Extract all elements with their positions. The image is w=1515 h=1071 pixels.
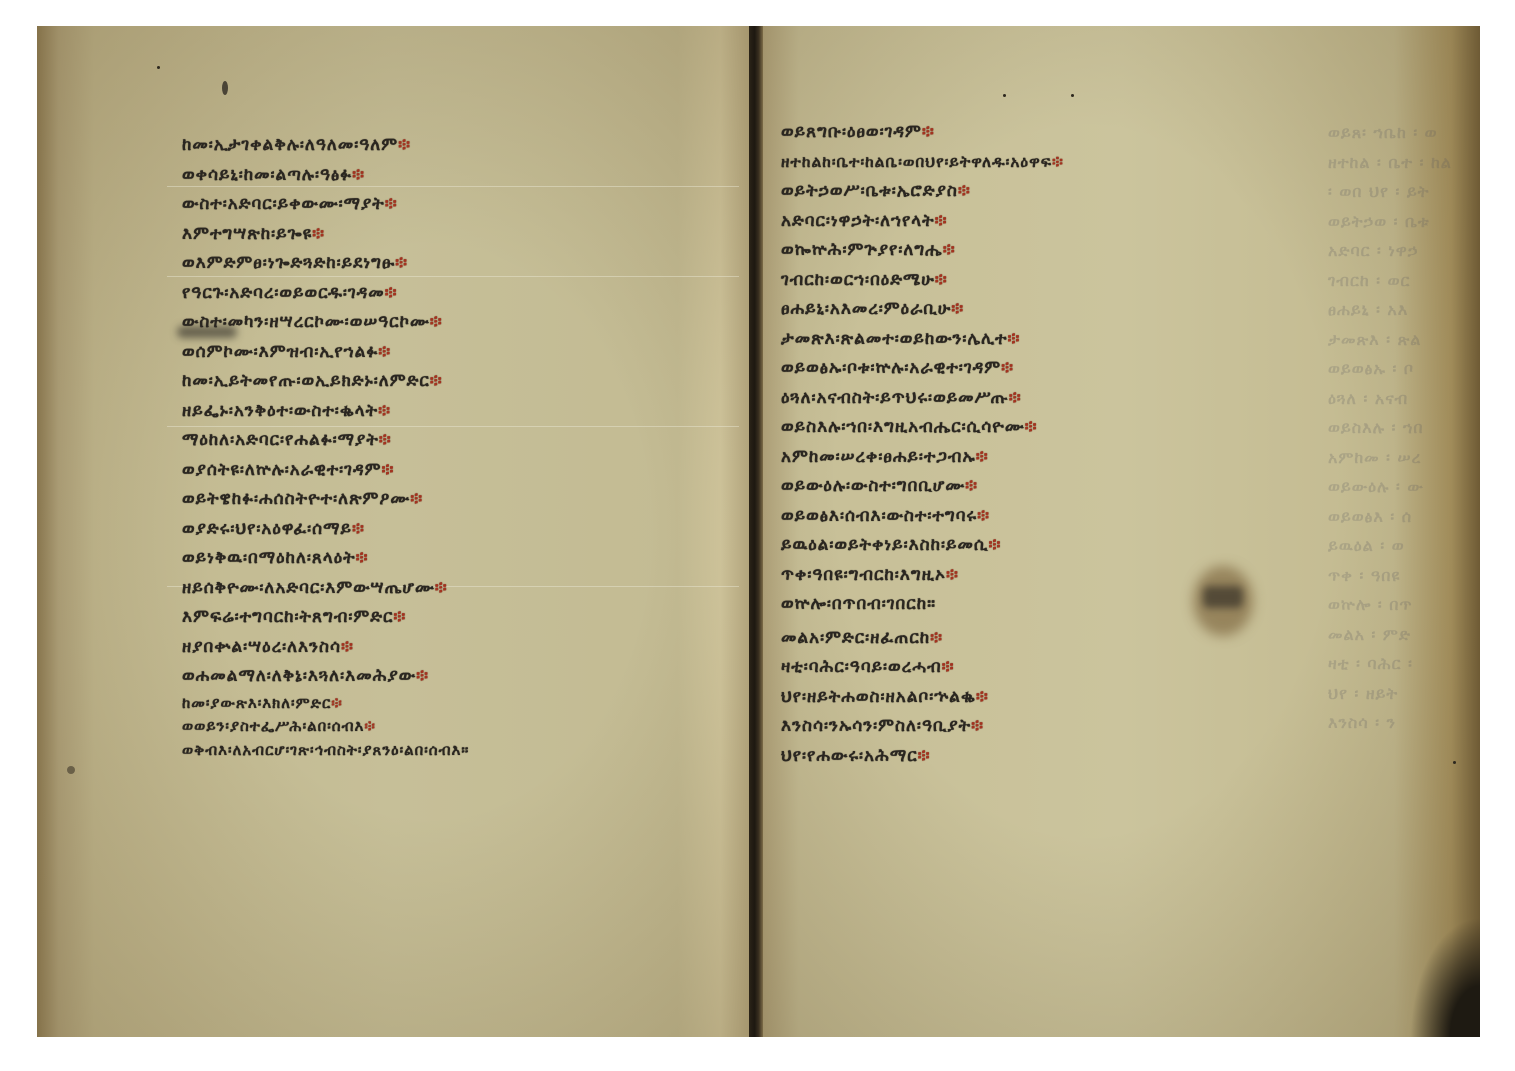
rubric-mark: ፨: [1009, 388, 1022, 408]
text-line: ዘያበቍል፡ሣዕረ፡ለእንስሳ፨: [182, 633, 469, 663]
rubric-mark: ፨: [398, 135, 411, 155]
corner-shadow: [1410, 917, 1480, 1037]
text-line: አድባር፡ነዋኃት፡ለኀየላት፨: [781, 207, 1064, 237]
rubric-mark: ፨: [1001, 358, 1014, 378]
text-line: ወያድሩ፡ህየ፡አዕዋፈ፡ሰማይ፨: [182, 515, 469, 545]
text-line: ወይወፅእ፡ሰብእ፡ውስተ፡ተግባሩ፨: [781, 502, 1064, 532]
text-line: ዘይሰቅዮሙ፡ለአድባር፡እምውሣጤሆሙ፨: [182, 574, 469, 604]
rubric-mark: ፨: [364, 717, 376, 735]
manuscript-scan: ከመ፡ኢታገቀልቅሉ፡ለዓለመ፡ዓለም፨ ወቀሳይኒ፡ከመ፡ልጣሉ፡ዓፅፉ፨ ው…: [37, 26, 1480, 1037]
right-page: ወይጸ፡ ኀቤከ ፡ ወዘተከል ፡ ቤተ ፡ ከል፡ ወበ ህየ ፡ ይትወይ…: [763, 26, 1480, 1037]
show-through-text: ወይጸ፡ ኀቤከ ፡ ወዘተከል ፡ ቤተ ፡ ከል፡ ወበ ህየ ፡ ይትወይ…: [1328, 118, 1452, 738]
text-line: ወይጸግቡ፡ዕፀወ፡ገዳም፨: [781, 118, 1064, 148]
rubric-mark: ፨: [410, 489, 423, 509]
end-mark: ።: [927, 594, 936, 614]
rubric-mark: ፨: [385, 194, 398, 214]
text-line: ወይውዕሉ፡ውስተ፡ግበቢሆሙ፨: [781, 472, 1064, 502]
left-text-block: ከመ፡ኢታገቀልቅሉ፡ለዓለመ፡ዓለም፨ ወቀሳይኒ፡ከመ፡ልጣሉ፡ዓፅፉ፨ ው…: [182, 131, 469, 762]
rubric-mark: ፨: [976, 447, 989, 467]
text-line: ወኵሎ፡በጥበብ፡ገበርከ።: [781, 590, 1064, 620]
left-page: ከመ፡ኢታገቀልቅሉ፡ለዓለመ፡ዓለም፨ ወቀሳይኒ፡ከመ፡ልጣሉ፡ዓፅፉ፨ ው…: [37, 26, 749, 1037]
text-line: ህየ፡ዘይትሐወስ፡ዘአልቦ፡ኍልቈ፨: [781, 683, 1064, 713]
text-line: ወሰምኮሙ፡እምዝብ፡ኢየኀልፉ፨: [182, 338, 469, 368]
text-line: ወቅብእ፡ለአብርሆ፡ገጽ፡ኅብስት፡ያጸንዕ፡ልበ፡ሰብእ።: [182, 738, 469, 762]
text-line: ወይስእሉ፡ኀበ፡እግዚአብሔር፡ሲሳዮሙ፨: [781, 413, 1064, 443]
rubric-mark: ፨: [331, 694, 343, 712]
text-line: ይዉዕል፡ወይትቀነይ፡እስከ፡ይመሲ፨: [781, 531, 1064, 561]
rubric-mark: ፨: [989, 535, 1002, 555]
rubric-mark: ፨: [379, 430, 392, 450]
text-line: ወእምድምፀ፡ነጐድጓድከ፡ይደነግፁ፨: [182, 249, 469, 279]
text-line: ውስተ፡አድባር፡ይቀውሙ፡ማያት፨: [182, 190, 469, 220]
text-line: ጥቀ፡ዓበዩ፡ግብርከ፡እግዚኦ፨: [781, 561, 1064, 591]
text-line: ገብርከ፡ወርኀ፡በዕድሜሁ፨: [781, 266, 1064, 296]
rubric-mark: ፨: [381, 460, 394, 480]
rubric-mark: ፨: [965, 476, 978, 496]
rubric-mark: ፨: [430, 312, 443, 332]
rubric-mark: ፨: [958, 181, 971, 201]
right-text-block: ወይጸግቡ፡ዕፀወ፡ገዳም፨ ዘተከልከ፡ቤተ፡ከልቤ፡ወበህየ፡ይትዋለዱ፡አ…: [781, 118, 1064, 771]
rubric-mark: ፨: [395, 253, 408, 273]
text-line: እምተግሣጽከ፡ይጐዩ፨: [182, 220, 469, 250]
rubric-mark: ፨: [430, 371, 443, 391]
text-line: ማዕከለ፡አድባር፡የሐልፉ፡ማያት፨: [182, 426, 469, 456]
rubric-mark: ፨: [1025, 417, 1038, 437]
ink-speck: [67, 766, 75, 774]
text-line: ወይትኃወሥ፡ቤቱ፡ኤሮድያስ፨: [781, 177, 1064, 207]
ink-speck: [1071, 94, 1074, 97]
rubric-mark: ፨: [352, 165, 365, 185]
rubric-mark: ፨: [922, 122, 935, 142]
rubric-mark: ፨: [393, 607, 406, 627]
text-line: ወቀሳይኒ፡ከመ፡ልጣሉ፡ዓፅፉ፨: [182, 161, 469, 191]
ink-speck: [157, 66, 160, 69]
text-line: ፀሐይኒ፡አእመረ፡ምዕራቢሁ፨: [781, 295, 1064, 325]
rubric-mark: ፨: [341, 637, 354, 657]
rubric-mark: ፨: [378, 342, 391, 362]
text-line: እንስሳ፡ንኡሳን፡ምስለ፡ዓቢያት፨: [781, 712, 1064, 742]
rubric-mark: ፨: [935, 270, 948, 290]
book-gutter: [749, 26, 763, 1037]
text-line: መልአ፡ምድር፡ዘፈጠርከ፨: [781, 624, 1064, 654]
text-line: ወወይን፡ያስተፌሥሕ፡ልበ፡ሰብእ፨: [182, 714, 469, 738]
text-line: ወይትዌከፉ፡ሐሰስትዮተ፡ለጽምዖሙ፨: [182, 485, 469, 515]
ink-speck: [222, 81, 228, 95]
text-line: ከመ፡ኢታገቀልቅሉ፡ለዓለመ፡ዓለም፨: [182, 131, 469, 161]
rubric-mark: ፨: [378, 401, 391, 421]
text-line: ዛቲ፡ባሕር፡ዓባይ፡ወረሓብ፨: [781, 653, 1064, 683]
text-line: ውስተ፡መካን፡ዘሣረርኮሙ፡ወሠዓርኮሙ፨: [182, 308, 469, 338]
text-line: ታመጽእ፡ጽልመተ፡ወይከውን፡ሌሊተ፨: [781, 325, 1064, 355]
rubric-mark: ፨: [918, 746, 931, 766]
text-line: አምከመ፡ሠረቀ፡ፀሐይ፡ተጋብኡ፨: [781, 443, 1064, 473]
ink-smudge: [1203, 586, 1243, 608]
rubric-mark: ፨: [356, 548, 369, 568]
rubric-mark: ፨: [352, 519, 365, 539]
text-line: ዘተከልከ፡ቤተ፡ከልቤ፡ወበህየ፡ይትዋለዱ፡አዕዋፍ፨: [781, 148, 1064, 178]
text-line: ዘይፌኑ፡አንቅዕተ፡ውስተ፡ቈላት፨: [182, 397, 469, 427]
text-line: ህየ፡የሐውሩ፡አሕማር፨: [781, 742, 1064, 772]
text-line: እምፍሬ፡ተግባርከ፡ትጸግብ፡ምድር፨: [182, 603, 469, 633]
text-line: ወኰኵሕ፡ምጕያየ፡ለግሔ፨: [781, 236, 1064, 266]
rubric-mark: ፨: [312, 224, 325, 244]
rubric-mark: ፨: [976, 687, 989, 707]
rubric-mark: ፨: [1052, 153, 1064, 171]
end-mark: ።: [461, 741, 469, 759]
rubric-mark: ፨: [930, 628, 943, 648]
rubric-mark: ፨: [416, 666, 429, 686]
text-line: ወይነቅዉ፡በማዕከለ፡ጸላዕት፨: [182, 544, 469, 574]
text-line: ወይወፅኡ፡ቦቱ፡ኵሉ፡አራዊተ፡ገዳም፨: [781, 354, 1064, 384]
text-line: ወያሰትዩ፡ለኵሉ፡አራዊተ፡ገዳም፨: [182, 456, 469, 486]
rubric-mark: ፨: [435, 578, 448, 598]
text-line: ወሐመልማለ፡ለቅኔ፡እጓለ፡እመሕያው፨: [182, 662, 469, 692]
rubric-mark: ፨: [943, 240, 956, 260]
ink-speck: [1003, 94, 1006, 97]
rubric-mark: ፨: [946, 565, 959, 585]
rubric-mark: ፨: [977, 506, 990, 526]
rubric-mark: ፨: [1007, 329, 1020, 349]
ink-speck: [1453, 761, 1456, 764]
rubric-mark: ፨: [385, 283, 398, 303]
rubric-mark: ፨: [942, 657, 955, 677]
text-line: የዓርጉ፡አድባረ፡ወይወርዱ፡ገዳመ፨: [182, 279, 469, 309]
text-line: ከመ፡ኢይትመየጡ፡ወኢይክድኑ፡ለምድር፨: [182, 367, 469, 397]
rubric-mark: ፨: [951, 299, 964, 319]
rubric-mark: ፨: [935, 211, 948, 231]
rubric-mark: ፨: [971, 716, 984, 736]
text-line: ከመ፡ያውጽእ፡እክለ፡ምድር፨: [182, 692, 469, 714]
text-line: ዕጓለ፡አናብስት፡ይጥህሩ፡ወይመሥጡ፨: [781, 384, 1064, 414]
